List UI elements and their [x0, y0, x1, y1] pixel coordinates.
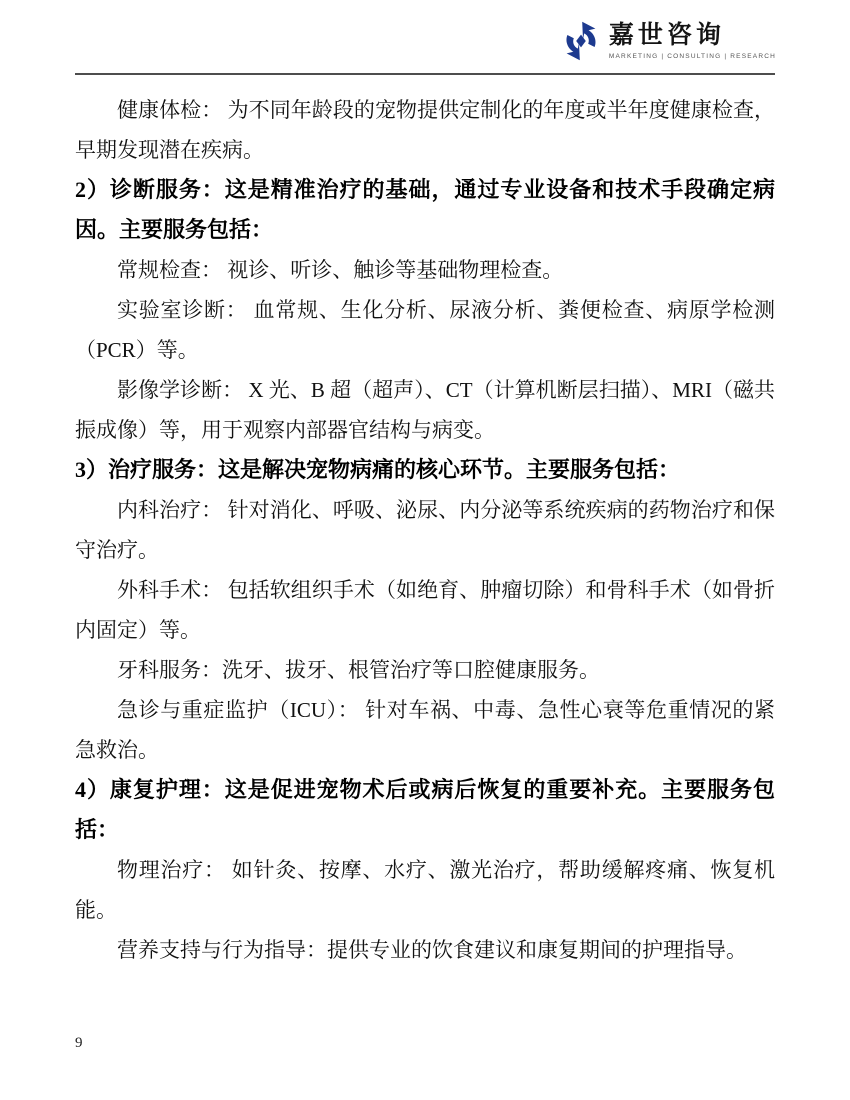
section-heading: 4）康复护理：这是促进宠物术后或病后恢复的重要补充。主要服务包括： — [75, 770, 775, 850]
brand-logo-icon — [561, 21, 601, 61]
paragraph: 急诊与重症监护（ICU）： 针对车祸、中毒、急性心衰等危重情况的紧急救治。 — [75, 690, 775, 770]
brand-logo: 嘉世咨询 MARKETING | CONSULTING | RESEARCH — [561, 20, 776, 61]
paragraph: 实验室诊断： 血常规、生化分析、尿液分析、粪便检查、病原学检测（PCR）等。 — [75, 290, 775, 370]
paragraph: 营养支持与行为指导：提供专业的饮食建议和康复期间的护理指导。 — [75, 930, 775, 970]
document-page: 嘉世咨询 MARKETING | CONSULTING | RESEARCH 健… — [0, 0, 850, 1100]
paragraph: 健康体检： 为不同年龄段的宠物提供定制化的年度或半年度健康检查，早期发现潜在疾病… — [75, 90, 775, 170]
paragraph: 外科手术： 包括软组织手术（如绝育、肿瘤切除）和骨科手术（如骨折内固定）等。 — [75, 570, 775, 650]
brand-logo-texts: 嘉世咨询 MARKETING | CONSULTING | RESEARCH — [609, 20, 776, 60]
section-heading: 3）治疗服务：这是解决宠物病痛的核心环节。主要服务包括： — [75, 450, 775, 490]
brand-name: 嘉世咨询 — [609, 20, 776, 50]
paragraph: 内科治疗： 针对消化、呼吸、泌尿、内分泌等系统疾病的药物治疗和保守治疗。 — [75, 490, 775, 570]
page-number: 9 — [75, 1035, 83, 1052]
paragraph: 常规检查： 视诊、听诊、触诊等基础物理检查。 — [75, 250, 775, 290]
paragraph: 牙科服务：洗牙、拔牙、根管治疗等口腔健康服务。 — [75, 650, 775, 690]
section-heading: 2）诊断服务：这是精准治疗的基础，通过专业设备和技术手段确定病因。主要服务包括： — [75, 170, 775, 250]
paragraph: 物理治疗： 如针灸、按摩、水疗、激光治疗，帮助缓解疼痛、恢复机能。 — [75, 850, 775, 930]
brand-tagline: MARKETING | CONSULTING | RESEARCH — [609, 53, 776, 60]
header-divider — [75, 73, 775, 75]
paragraph: 影像学诊断： X 光、B 超（超声）、CT（计算机断层扫描）、MRI（磁共振成像… — [75, 370, 775, 450]
document-content: 健康体检： 为不同年龄段的宠物提供定制化的年度或半年度健康检查，早期发现潜在疾病… — [75, 90, 775, 970]
